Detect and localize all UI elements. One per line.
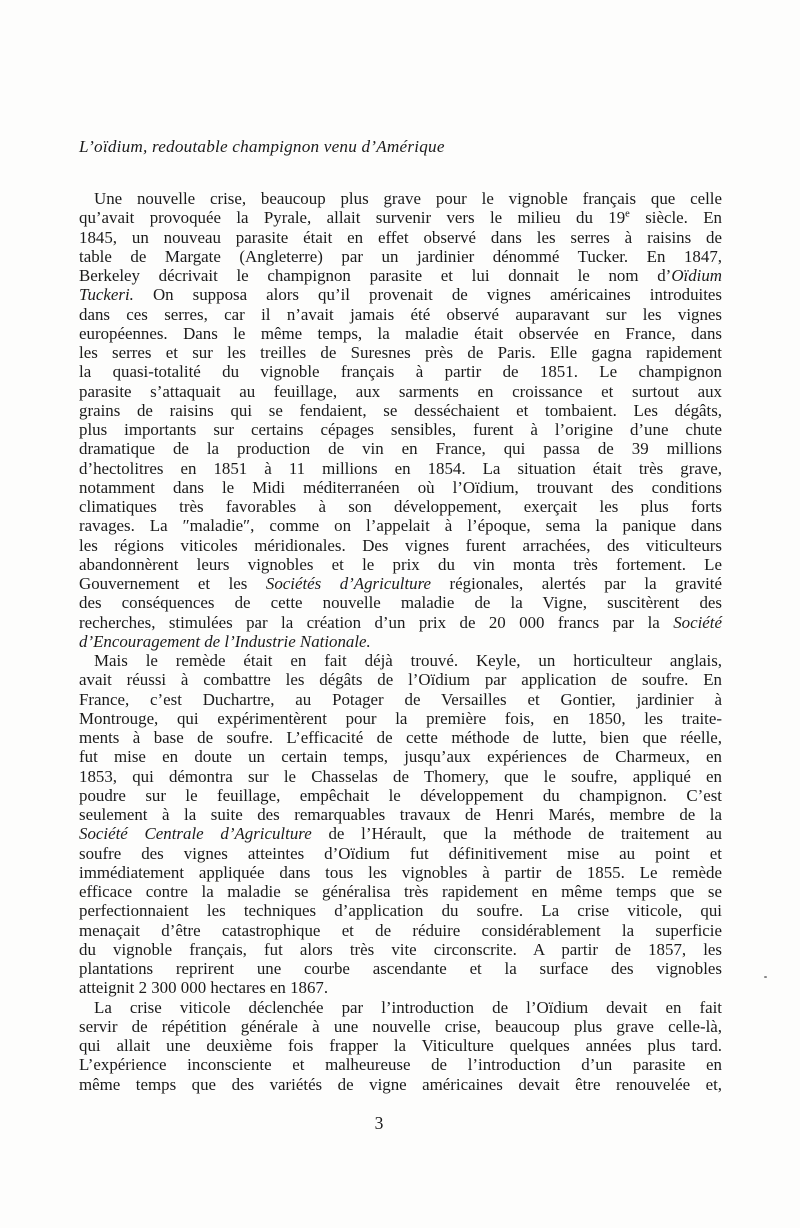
italic-run: d’Encouragement de l’Industrie Nationale… — [79, 632, 371, 651]
text-run: notamment dans le Midi méditerranéen où … — [79, 478, 722, 497]
text-line: L’expérience inconsciente et malheureuse… — [79, 1055, 722, 1074]
text-line: atteignit 2 300 000 hectares en 1867. — [79, 978, 722, 997]
text-run: La crise viticole déclenchée par l’intro… — [94, 998, 722, 1017]
text-run: Montrouge, qui expérimentèrent pour la p… — [79, 709, 722, 728]
text-run: qui allait une deuxième fois frapper la … — [79, 1036, 722, 1055]
text-line: grains de raisins qui se fendaient, se d… — [79, 401, 722, 420]
text-run: plantations reprirent une courbe ascenda… — [79, 959, 722, 978]
text-run: efficace contre la maladie se généralisa… — [79, 882, 722, 901]
text-line: européennes. Dans le même temps, la mala… — [79, 324, 722, 343]
text-run: immédiatement appliquée dans tous les vi… — [79, 863, 722, 882]
text-line: dramatique de la production de vin en Fr… — [79, 439, 722, 458]
text-run: Une nouvelle crise, beaucoup plus grave … — [94, 189, 722, 208]
text-run: avait réussi à combattre les dégâts de l… — [79, 670, 722, 689]
text-run: la quasi-totalité du vignoble français à… — [79, 362, 722, 381]
text-line: poudre sur le feuillage, empêchait le dé… — [79, 786, 722, 805]
book-page: L’oïdium, redoutable champignon venu d’A… — [0, 0, 800, 1228]
text-line: abandonnèrent leurs vignobles et le prix… — [79, 555, 722, 574]
italic-run: Tuckeri. — [79, 285, 134, 304]
text-line: immédiatement appliquée dans tous les vi… — [79, 863, 722, 882]
text-line: qu’avait provoquée la Pyrale, allait sur… — [79, 208, 722, 227]
text-run: les serres et sur les treilles de Suresn… — [79, 343, 722, 362]
text-run: régionales, alertés par la gravité — [431, 574, 722, 593]
text-run: qu’avait provoquée la Pyrale, allait sur… — [79, 208, 625, 227]
text-run: fut mise en doute un certain temps, jusq… — [79, 747, 722, 766]
italic-run: Société — [673, 613, 722, 632]
text-line: dans ces serres, car il n’avait jamais é… — [79, 305, 722, 324]
text-line: du vignoble français, fut alors très vit… — [79, 940, 722, 959]
text-line: fut mise en doute un certain temps, jusq… — [79, 747, 722, 766]
text-line: seulement à la suite des remarquables tr… — [79, 805, 722, 824]
text-run: servir de répétition générale à une nouv… — [79, 1017, 722, 1036]
text-run: d’hectolitres en 1851 à 11 millions en 1… — [79, 459, 722, 478]
text-line: notamment dans le Midi méditerranéen où … — [79, 478, 722, 497]
text-line: Montrouge, qui expérimentèrent pour la p… — [79, 709, 722, 728]
paragraph: Mais le remède était en fait déjà trouvé… — [79, 651, 722, 998]
text-run: ments à base de soufre. L’efficacité de … — [79, 728, 722, 747]
text-line: 1853, qui démontra sur le Chasselas de T… — [79, 767, 722, 786]
text-run: seulement à la suite des remarquables tr… — [79, 805, 722, 824]
text-run: France, c’est Duchartre, au Potager de V… — [79, 690, 722, 709]
text-run: abandonnèrent leurs vignobles et le prix… — [79, 555, 722, 574]
italic-run: Société Centrale d’Agriculture — [79, 824, 312, 843]
text-line: Une nouvelle crise, beaucoup plus grave … — [79, 189, 722, 208]
text-run: Mais le remède était en fait déjà trouvé… — [94, 651, 722, 670]
text-line: Mais le remède était en fait déjà trouvé… — [79, 651, 722, 670]
text-run: siècle. En — [630, 208, 722, 227]
text-line: plantations reprirent une courbe ascenda… — [79, 959, 722, 978]
text-line: Tuckeri. On supposa alors qu’il provenai… — [79, 285, 722, 304]
text-run: soufre des vignes atteintes d’Oïdium fut… — [79, 844, 722, 863]
text-line: menaçait d’être catastrophique et de réd… — [79, 921, 722, 940]
text-line: la quasi-totalité du vignoble français à… — [79, 362, 722, 381]
text-run: perfectionnaient les techniques d’applic… — [79, 901, 722, 920]
text-run: climatiques très favorables à son dévelo… — [79, 497, 722, 516]
text-line: d’hectolitres en 1851 à 11 millions en 1… — [79, 459, 722, 478]
text-run: 1853, qui démontra sur le Chasselas de T… — [79, 767, 722, 786]
text-run: du vignoble français, fut alors très vit… — [79, 940, 722, 959]
text-line: climatiques très favorables à son dévelo… — [79, 497, 722, 516]
text-run: table de Margate (Angleterre) par un jar… — [79, 247, 722, 266]
text-run: On supposa alors qu’il provenait de vign… — [134, 285, 722, 304]
text-run: recherches, stimulées par la création d’… — [79, 613, 673, 632]
text-run: même temps que des variétés de vigne amé… — [79, 1075, 722, 1094]
text-line: des conséquences de cette nouvelle malad… — [79, 593, 722, 612]
italic-run: Sociétés d’Agriculture — [266, 574, 431, 593]
text-line: Berkeley décrivait le champignon parasit… — [79, 266, 722, 285]
text-run: grains de raisins qui se fendaient, se d… — [79, 401, 722, 420]
text-run: des conséquences de cette nouvelle malad… — [79, 593, 722, 612]
text-run: Gouvernement et les — [79, 574, 266, 593]
text-run: de l’Hérault, que la méthode de traiteme… — [312, 824, 722, 843]
text-line: qui allait une deuxième fois frapper la … — [79, 1036, 722, 1055]
text-line: avait réussi à combattre les dégâts de l… — [79, 670, 722, 689]
text-run: européennes. Dans le même temps, la mala… — [79, 324, 722, 343]
text-line: 1845, un nouveau parasite était en effet… — [79, 228, 722, 247]
text-line: table de Margate (Angleterre) par un jar… — [79, 247, 722, 266]
text-line: France, c’est Duchartre, au Potager de V… — [79, 690, 722, 709]
text-run: menaçait d’être catastrophique et de réd… — [79, 921, 722, 940]
text-line: La crise viticole déclenchée par l’intro… — [79, 998, 722, 1017]
paragraph: Une nouvelle crise, beaucoup plus grave … — [79, 189, 722, 651]
text-run: ravages. La ″maladie″, comme on l’appela… — [79, 516, 722, 535]
text-run: dans ces serres, car il n’avait jamais é… — [79, 305, 722, 324]
text-line: recherches, stimulées par la création d’… — [79, 613, 722, 632]
text-line: Gouvernement et les Sociétés d’Agricultu… — [79, 574, 722, 593]
text-run: atteignit 2 300 000 hectares en 1867. — [79, 978, 328, 997]
text-run: dramatique de la production de vin en Fr… — [79, 439, 722, 458]
text-line: ravages. La ″maladie″, comme on l’appela… — [79, 516, 722, 535]
text-line: les serres et sur les treilles de Suresn… — [79, 343, 722, 362]
body-text: Une nouvelle crise, beaucoup plus grave … — [79, 189, 722, 1094]
text-line: ments à base de soufre. L’efficacité de … — [79, 728, 722, 747]
page-number: 3 — [79, 1113, 679, 1134]
text-line: plus importants sur certains cépages sen… — [79, 420, 722, 439]
text-run: poudre sur le feuillage, empêchait le dé… — [79, 786, 722, 805]
text-line: perfectionnaient les techniques d’applic… — [79, 901, 722, 920]
text-run: L’expérience inconsciente et malheureuse… — [79, 1055, 722, 1074]
text-line: efficace contre la maladie se généralisa… — [79, 882, 722, 901]
text-line: parasite s’attaquait au feuillage, aux s… — [79, 382, 722, 401]
text-line: Société Centrale d’Agriculture de l’Héra… — [79, 824, 722, 843]
text-line: servir de répétition générale à une nouv… — [79, 1017, 722, 1036]
paragraph: La crise viticole déclenchée par l’intro… — [79, 998, 722, 1094]
italic-run: Oïdium — [671, 266, 722, 285]
text-run: Berkeley décrivait le champignon parasit… — [79, 266, 671, 285]
text-line: même temps que des variétés de vigne amé… — [79, 1075, 722, 1094]
scan-artifact-dot — [764, 976, 767, 978]
text-run: plus importants sur certains cépages sen… — [79, 420, 722, 439]
text-line: soufre des vignes atteintes d’Oïdium fut… — [79, 844, 722, 863]
text-run: les régions viticoles méridionales. Des … — [79, 536, 722, 555]
section-heading: L’oïdium, redoutable champignon venu d’A… — [79, 137, 722, 157]
text-line: les régions viticoles méridionales. Des … — [79, 536, 722, 555]
text-line: d’Encouragement de l’Industrie Nationale… — [79, 632, 722, 651]
text-run: parasite s’attaquait au feuillage, aux s… — [79, 382, 722, 401]
text-run: 1845, un nouveau parasite était en effet… — [79, 228, 722, 247]
